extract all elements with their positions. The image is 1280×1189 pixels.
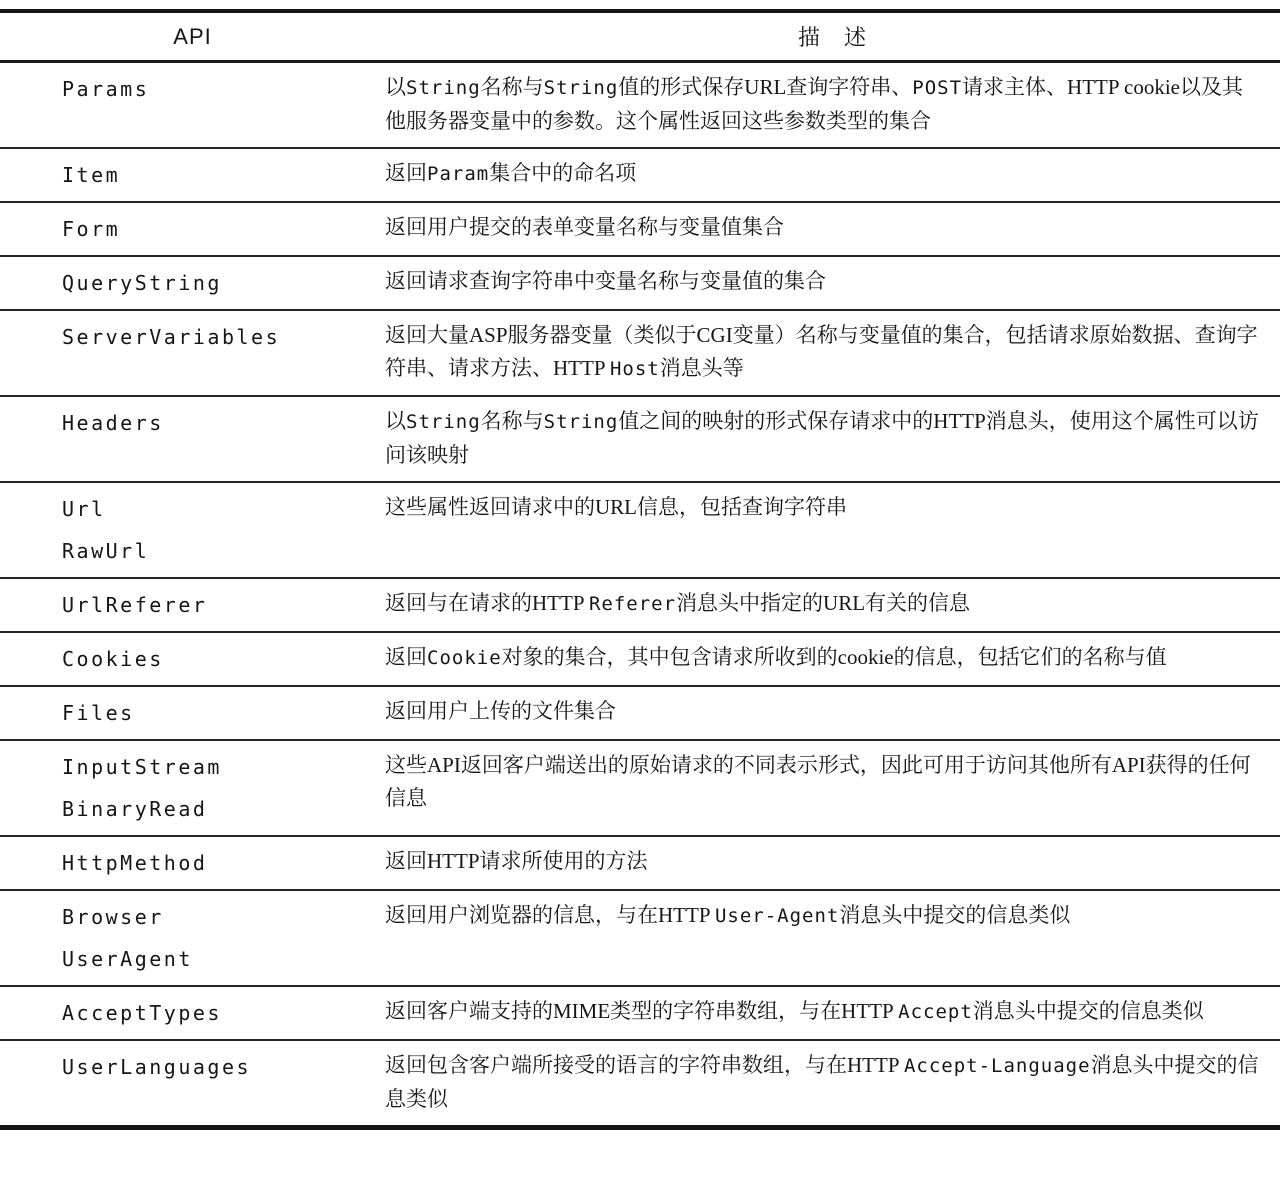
api-name: Files (62, 697, 385, 730)
api-name: BinaryRead (62, 793, 385, 826)
inline-code: Referer (589, 593, 676, 615)
table-row: UserLanguages返回包含客户端所接受的语言的字符串数组，与在HTTP … (0, 1041, 1280, 1125)
description-cell: 返回包含客户端所接受的语言的字符串数组，与在HTTP Accept-Langua… (385, 1049, 1280, 1116)
description-text: 返回 (385, 645, 427, 669)
inline-code: String (544, 411, 619, 433)
table-row: Item返回Param集合中的命名项 (0, 149, 1280, 203)
description-text: 返回用户提交的表单变量名称与变量值集合 (385, 215, 784, 239)
description-text: 返回大量ASP服务器变量（类似于CGI变量）名称与变量值的集合，包括请求原始数据… (385, 323, 1258, 380)
inline-code: String (544, 77, 619, 99)
scanned-page: API 描 述 Params以String名称与String值的形式保存URL查… (0, 0, 1280, 1130)
table-row: QueryString返回请求查询字符串中变量名称与变量值的集合 (0, 257, 1280, 311)
api-cell: UrlReferer (0, 587, 385, 622)
api-name: Cookies (62, 643, 385, 676)
table-row: UrlRawUrl这些属性返回请求中的URL信息，包括查询字符串 (0, 483, 1280, 579)
description-text: 名称与 (481, 409, 544, 433)
description-cell: 以String名称与String值的形式保存URL查询字符串、POST请求主体、… (385, 71, 1280, 138)
description-cell: 返回大量ASP服务器变量（类似于CGI变量）名称与变量值的集合，包括请求原始数据… (385, 319, 1280, 386)
api-name: UserAgent (62, 943, 385, 976)
inline-code: POST (912, 77, 962, 99)
api-table: API 描 述 Params以String名称与String值的形式保存URL查… (0, 9, 1280, 1130)
inline-code: Host (610, 358, 660, 380)
description-cell: 返回Cookie对象的集合，其中包含请求所收到的cookie的信息，包括它们的名… (385, 641, 1280, 676)
api-name: QueryString (62, 267, 385, 300)
table-row: Headers以String名称与String值之间的映射的形式保存请求中的HT… (0, 397, 1280, 483)
description-text: 返回 (385, 161, 427, 185)
api-cell: AcceptTypes (0, 995, 385, 1030)
header-description: 描 述 (385, 21, 1280, 52)
api-name: Headers (62, 407, 385, 440)
api-name: Url (62, 493, 385, 526)
description-cell: 返回HTTP请求所使用的方法 (385, 845, 1280, 880)
description-text: 返回与在请求的HTTP (385, 591, 589, 615)
api-name: InputStream (62, 751, 385, 784)
inline-code: Cookie (427, 647, 502, 669)
description-text: 对象的集合，其中包含请求所收到的cookie的信息，包括它们的名称与值 (502, 645, 1167, 669)
table-row: ServerVariables返回大量ASP服务器变量（类似于CGI变量）名称与… (0, 311, 1280, 397)
inline-code: String (406, 411, 481, 433)
api-cell: Headers (0, 405, 385, 472)
description-text: 这些API返回客户端送出的原始请求的不同表示形式，因此可用于访问其他所有API获… (385, 753, 1251, 810)
api-cell: Form (0, 211, 385, 246)
description-text: 名称与 (481, 75, 544, 99)
description-text: 消息头中提交的信息类似 (973, 999, 1204, 1023)
description-text: 返回用户上传的文件集合 (385, 699, 616, 723)
inline-code: Param (427, 163, 489, 185)
table-row: Form返回用户提交的表单变量名称与变量值集合 (0, 203, 1280, 257)
description-cell: 返回请求查询字符串中变量名称与变量值的集合 (385, 265, 1280, 300)
description-text: 集合中的命名项 (489, 161, 636, 185)
table-body: Params以String名称与String值的形式保存URL查询字符串、POS… (0, 63, 1280, 1125)
api-name: Form (62, 213, 385, 246)
description-text: 返回请求查询字符串中变量名称与变量值的集合 (385, 269, 826, 293)
table-row: Files返回用户上传的文件集合 (0, 687, 1280, 741)
api-cell: UrlRawUrl (0, 491, 385, 568)
api-cell: UserLanguages (0, 1049, 385, 1116)
description-text: 消息头中指定的URL有关的信息 (676, 591, 970, 615)
table-row: UrlReferer返回与在请求的HTTP Referer消息头中指定的URL有… (0, 579, 1280, 633)
inline-code: Accept (898, 1001, 973, 1023)
table-row: Params以String名称与String值的形式保存URL查询字符串、POS… (0, 63, 1280, 149)
api-cell: ServerVariables (0, 319, 385, 386)
inline-code: User-Agent (715, 905, 839, 927)
description-text: 返回包含客户端所接受的语言的字符串数组，与在HTTP (385, 1053, 904, 1077)
table-row: BrowserUserAgent返回用户浏览器的信息，与在HTTP User-A… (0, 891, 1280, 987)
api-name: Params (62, 73, 385, 106)
table-row: InputStreamBinaryRead这些API返回客户端送出的原始请求的不… (0, 741, 1280, 837)
description-text: 返回HTTP请求所使用的方法 (385, 849, 648, 873)
api-name: ServerVariables (62, 321, 385, 354)
api-name: UrlReferer (62, 589, 385, 622)
api-cell: Item (0, 157, 385, 192)
description-text: 返回客户端支持的MIME类型的字符串数组，与在HTTP (385, 999, 898, 1023)
table-row: AcceptTypes返回客户端支持的MIME类型的字符串数组，与在HTTP A… (0, 987, 1280, 1041)
description-cell: 以String名称与String值之间的映射的形式保存请求中的HTTP消息头，使… (385, 405, 1280, 472)
table-header-row: API 描 述 (0, 13, 1280, 63)
description-cell: 返回Param集合中的命名项 (385, 157, 1280, 192)
description-text: 消息头中提交的信息类似 (839, 903, 1070, 927)
api-cell: HttpMethod (0, 845, 385, 880)
inline-code: Accept-Language (904, 1055, 1091, 1077)
api-cell: BrowserUserAgent (0, 899, 385, 976)
api-name: Item (62, 159, 385, 192)
description-text: 值的形式保存URL查询字符串、 (618, 75, 912, 99)
description-cell: 返回用户提交的表单变量名称与变量值集合 (385, 211, 1280, 246)
inline-code: String (406, 77, 481, 99)
table-row: Cookies返回Cookie对象的集合，其中包含请求所收到的cookie的信息… (0, 633, 1280, 687)
description-cell: 返回用户浏览器的信息，与在HTTP User-Agent消息头中提交的信息类似 (385, 899, 1280, 976)
api-name: Browser (62, 901, 385, 934)
description-cell: 这些属性返回请求中的URL信息，包括查询字符串 (385, 491, 1280, 568)
description-cell: 返回与在请求的HTTP Referer消息头中指定的URL有关的信息 (385, 587, 1280, 622)
api-name: HttpMethod (62, 847, 385, 880)
api-name: AcceptTypes (62, 997, 385, 1030)
description-cell: 返回客户端支持的MIME类型的字符串数组，与在HTTP Accept消息头中提交… (385, 995, 1280, 1030)
api-cell: QueryString (0, 265, 385, 300)
description-text: 以 (385, 75, 406, 99)
description-text: 消息头等 (660, 356, 744, 380)
api-cell: Files (0, 695, 385, 730)
table-row: HttpMethod返回HTTP请求所使用的方法 (0, 837, 1280, 891)
api-name: RawUrl (62, 535, 385, 568)
header-api: API (0, 24, 385, 50)
api-cell: Params (0, 71, 385, 138)
api-name: UserLanguages (62, 1051, 385, 1084)
api-cell: Cookies (0, 641, 385, 676)
description-text: 以 (385, 409, 406, 433)
description-cell: 返回用户上传的文件集合 (385, 695, 1280, 730)
description-text: 这些属性返回请求中的URL信息，包括查询字符串 (385, 495, 847, 519)
description-cell: 这些API返回客户端送出的原始请求的不同表示形式，因此可用于访问其他所有API获… (385, 749, 1280, 826)
api-cell: InputStreamBinaryRead (0, 749, 385, 826)
description-text: 返回用户浏览器的信息，与在HTTP (385, 903, 715, 927)
